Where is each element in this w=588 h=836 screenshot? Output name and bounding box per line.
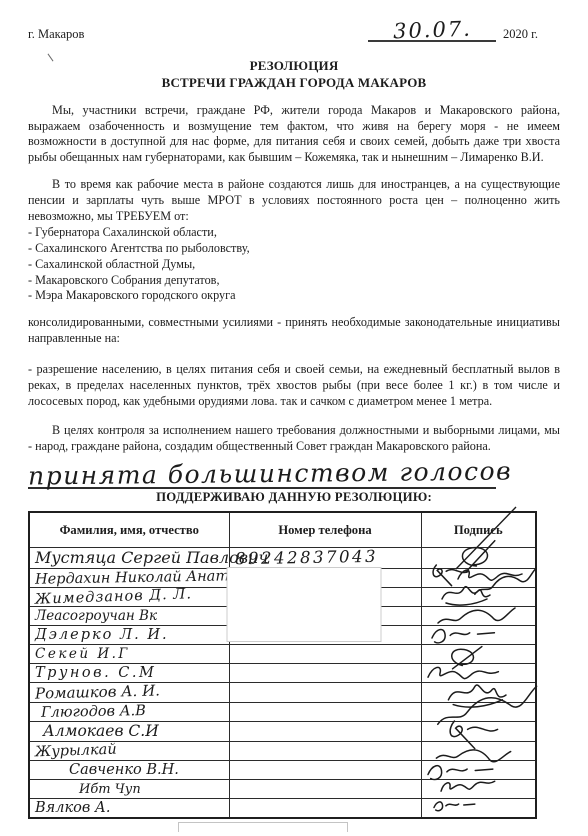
table-row: Ромашков А. И. [29,683,536,703]
list-item: - Сахалинской областной Думы, [28,257,560,273]
signature-cell [421,664,536,683]
table-row: Мустяца Сергей Павлович89242837043 [29,548,536,569]
table-row: Журылкай [29,742,536,761]
signature-cell [421,799,536,819]
signature-cell [421,607,536,626]
fio-cell: Савченко В.Н. [29,761,229,780]
fio-handwriting: Глюгодов А.В [41,703,146,721]
phone-cell [229,626,421,645]
table-row: Глюгодов А.В [29,703,536,722]
fio-cell: Трунов. С.М [29,664,229,683]
table-row: Дэлерко Л. И. [29,626,536,645]
table-row: Леасогроучан Вк [29,607,536,626]
fio-header-cell: Фамилия, имя, отчество [29,512,229,548]
signature-cell [421,683,536,703]
resolution-title: РЕЗОЛЮЦИЯ ВСТРЕЧИ ГРАЖДАН ГОРОДА МАКАРОВ [28,57,560,91]
document-header: г. Макаров 30.07. 2020 г. [28,14,560,42]
fio-handwriting: Савченко В.Н. [69,762,179,778]
signature-cell [421,742,536,761]
handwritten-note: принята большинством голосов [28,458,512,490]
phone-cell [229,761,421,780]
fio-cell: Ибт Чуп [29,780,229,799]
fio-cell: Леасогроучан Вк [29,607,229,626]
phone-cell [229,722,421,742]
fio-handwriting: Жимедзанов Д. Л. [35,587,192,608]
phone-cell [229,683,421,703]
signature-cell [421,548,536,569]
phone-cell [229,569,421,588]
demands-list: - Губернатора Сахалинской области,- Саха… [28,225,560,304]
list-item: - Губернатора Сахалинской области, [28,225,560,241]
fio-cell: Алмокаев С.И [29,722,229,742]
signature-cell [421,761,536,780]
fio-handwriting: Ибт Чуп [79,782,141,797]
phone-cell [229,780,421,799]
table-header-row: Фамилия, имя, отчество Номер телефона По… [29,512,536,548]
support-heading: ПОДДЕРЖИВАЮ ДАННУЮ РЕЗОЛЮЦИЮ: [28,490,560,505]
fio-handwriting: Трунов. С.М [35,665,156,681]
date-underline: 30.07. [368,19,496,42]
paragraph-5-line-1: В целях контроля за исполнением нашего т… [28,423,560,439]
title-line-2: ВСТРЕЧИ ГРАЖДАН ГОРОДА МАКАРОВ [28,74,560,91]
handwritten-date: 30.07. [392,20,471,41]
fio-cell: Дэлерко Л. И. [29,626,229,645]
phone-cell [229,645,421,664]
fio-handwriting: Вялков А. [35,800,111,816]
phone-cell [229,799,421,819]
phone-handwriting: 89242837043 [234,547,377,568]
paragraph-2: В то время как рабочие места в районе со… [28,177,560,224]
table-body: Мустяца Сергей Павлович89242837043Нердах… [29,548,536,819]
list-item: - Мэра Макаровского городского округа [28,288,560,304]
table-row: Савченко В.Н. [29,761,536,780]
fio-cell: Секей И.Г [29,645,229,664]
list-item: - Макаровского Собрания депутатов, [28,273,560,289]
fio-cell: Вялков А. [29,799,229,819]
fio-handwriting: Ромашков А. И. [35,682,160,703]
signature-table: Фамилия, имя, отчество Номер телефона По… [28,511,537,819]
fio-handwriting: Мустяца Сергей Павлович [35,548,268,567]
fio-cell: Глюгодов А.В [29,703,229,722]
phone-header-cell: Номер телефона [229,512,421,548]
phone-cell: 89242837043 [229,548,421,569]
table-row: Нердахин Николай Анат. [29,569,536,588]
fio-cell: Ромашков А. И. [29,683,229,703]
paragraph-3: консолидированными, совместными усилиями… [28,315,560,346]
fio-cell: Журылкай [29,742,229,761]
scan-artifact [178,822,348,832]
fio-handwriting: Секей И.Г [35,646,130,662]
phone-cell [229,703,421,722]
fio-handwriting: Нердахин Николай Анат. [35,569,234,588]
signature-cell [421,645,536,664]
table-row: Жимедзанов Д. Л. [29,588,536,607]
phone-cell [229,742,421,761]
signature-header-cell: Подпись [421,512,536,548]
signature-cell [421,780,536,799]
fio-cell: Нердахин Николай Анат. [29,569,229,588]
fio-handwriting: Алмокаев С.И [43,722,159,740]
signature-cell [421,703,536,722]
fio-cell: Жимедзанов Д. Л. [29,588,229,607]
phone-cell [229,664,421,683]
paragraph-5-line-2: - народ, граждане района, создадим общес… [28,439,560,455]
year-label: 2020 г. [503,27,538,42]
table-row: Секей И.Г [29,645,536,664]
table-row: Трунов. С.М [29,664,536,683]
table-row: Алмокаев С.И [29,722,536,742]
signature-cell [421,722,536,742]
phone-cell [229,588,421,607]
fio-handwriting: Журылкай [35,742,117,761]
paragraph-4: - разрешение населению, в целях питания … [28,362,560,409]
signature-cell [421,626,536,645]
date-block: 30.07. 2020 г. [368,19,538,42]
signature-table-area: Фамилия, имя, отчество Номер телефона По… [28,511,560,819]
city-label: г. Макаров [28,27,84,42]
paragraph-5: В целях контроля за исполнением нашего т… [28,423,560,454]
title-line-1: РЕЗОЛЮЦИЯ [28,57,560,74]
list-item: - Сахалинского Агентства по рыболовству, [28,241,560,257]
fio-handwriting: Леасогроучан Вк [35,608,157,624]
fio-cell: Мустяца Сергей Павлович [29,548,229,569]
table-row: Вялков А. [29,799,536,819]
table-row: Ибт Чуп [29,780,536,799]
phone-cell [229,607,421,626]
paragraph-1: Мы, участники встречи, граждане РФ, жите… [28,103,560,165]
fio-handwriting: Дэлерко Л. И. [35,627,169,643]
document-page: г. Макаров 30.07. 2020 г. РЕЗОЛЮЦИЯ ВСТР… [0,0,588,836]
signature-cell [421,588,536,607]
handwritten-note-underline: принята большинством голосов [28,460,496,489]
signature-cell [421,569,536,588]
